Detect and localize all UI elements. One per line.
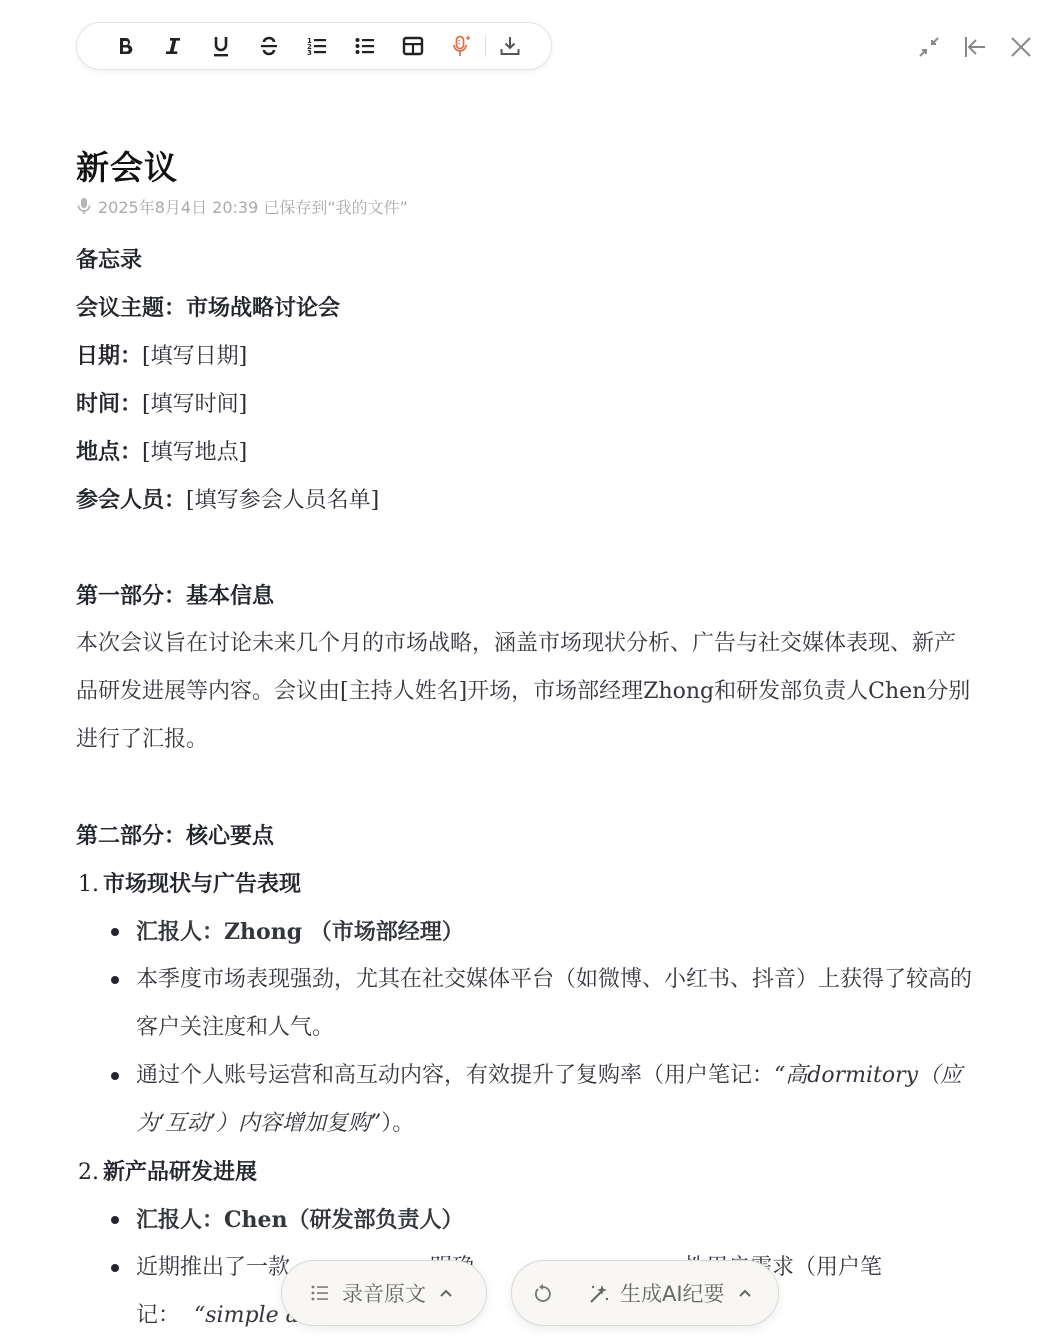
ai-summary-button[interactable]: 生成AI纪要 <box>511 1260 779 1326</box>
time-label: 时间： <box>76 391 142 417</box>
underline-icon <box>209 34 233 58</box>
transcript-button[interactable]: 录音原文 <box>281 1260 487 1326</box>
collapse-button[interactable] <box>913 32 945 62</box>
transcript-label: 录音原文 <box>342 1278 426 1308</box>
topic-line: 会议主题：市场战略讨论会 <box>76 284 976 332</box>
ordered-list-button[interactable]: 123 <box>293 28 341 64</box>
section2-heading: 第二部分：核心要点 <box>76 812 976 860</box>
item-title: 市场现状与广告表现 <box>103 871 301 897</box>
item-number: 2. <box>78 1160 99 1185</box>
chevron-up-icon <box>737 1285 753 1301</box>
ai-microphone-button[interactable] <box>437 28 485 64</box>
underline-button[interactable] <box>197 28 245 64</box>
memo-heading: 备忘录 <box>76 236 976 284</box>
ordered-list-icon: 123 <box>305 34 329 58</box>
date-label: 日期： <box>76 343 142 369</box>
download-button[interactable] <box>486 28 534 64</box>
document-meta: 2025年8月4日 20:39 已保存到“我的文件” <box>76 194 976 218</box>
download-icon <box>498 34 522 58</box>
collapse-left-icon <box>962 34 988 60</box>
section1-heading: 第一部分：基本信息 <box>76 572 976 620</box>
italic-button[interactable] <box>149 28 197 64</box>
collapse-left-button[interactable] <box>959 32 991 62</box>
location-value: [填写地点] <box>142 440 247 465</box>
list-item-text: 近期推出了一款 <box>136 1255 290 1280</box>
svg-text:3: 3 <box>307 49 312 57</box>
time-value: [填写时间] <box>142 392 247 417</box>
list-item: 汇报人：Zhong （市场部经理） <box>110 908 976 956</box>
save-status: 2025年8月4日 20:39 已保存到“我的文件” <box>98 195 408 218</box>
attendees-value: [填写参会人员名单] <box>186 488 379 513</box>
strikethrough-button[interactable] <box>245 28 293 64</box>
italic-icon <box>161 34 185 58</box>
section1-body: 本次会议旨在讨论未来几个月的市场战略，涵盖市场现状分析、广告与社交媒体表现、新产… <box>76 620 976 764</box>
microphone-icon <box>76 197 92 215</box>
attendees-line: 参会人员：[填写参会人员名单] <box>76 476 976 524</box>
list-item-end: ）。 <box>381 1111 414 1136</box>
ai-summary-label: 生成AI纪要 <box>620 1278 725 1308</box>
document-body[interactable]: 新会议 2025年8月4日 20:39 已保存到“我的文件” 备忘录 会议主题：… <box>76 140 976 1340</box>
ordered-item-2: 2.新产品研发进展 <box>76 1148 976 1196</box>
formatting-toolbar: 123 <box>76 22 552 70</box>
table-icon <box>401 34 425 58</box>
table-button[interactable] <box>389 28 437 64</box>
item-number: 1. <box>78 872 99 897</box>
bullet-list-icon <box>353 34 377 58</box>
bullet-list-button[interactable] <box>341 28 389 64</box>
attendees-label: 参会人员： <box>76 487 186 513</box>
list-item-line2: 记： <box>136 1303 180 1328</box>
location-line: 地点：[填写地点] <box>76 428 976 476</box>
bold-icon <box>113 34 137 58</box>
date-value: [填写日期] <box>142 344 247 369</box>
list-item-text: 通过个人账号运营和高互动内容，有效提升了复购率（用户笔记： <box>136 1063 774 1088</box>
date-line: 日期：[填写日期] <box>76 332 976 380</box>
topic-value: 市场战略讨论会 <box>186 295 340 321</box>
time-line: 时间：[填写时间] <box>76 380 976 428</box>
close-icon <box>1008 34 1034 60</box>
list-item: 汇报人：Chen（研发部负责人） <box>110 1196 976 1244</box>
list-item: 本季度市场表现强劲，尤其在社交媒体平台（如微博、小红书、抖音）上获得了较高的客户… <box>110 956 976 1052</box>
magic-wand-icon <box>588 1282 610 1304</box>
list-item: 通过个人账号运营和高互动内容，有效提升了复购率（用户笔记：“高dormitory… <box>110 1052 976 1148</box>
topic-label: 会议主题： <box>76 295 186 321</box>
mic-sparkle-icon <box>449 34 473 58</box>
location-label: 地点： <box>76 439 142 465</box>
collapse-icon <box>916 34 942 60</box>
strikethrough-icon <box>257 34 281 58</box>
item-title: 新产品研发进展 <box>103 1159 257 1185</box>
window-controls <box>913 32 1037 62</box>
bullet-list-1: 汇报人：Zhong （市场部经理） 本季度市场表现强劲，尤其在社交媒体平台（如微… <box>110 908 976 1148</box>
chevron-up-icon <box>438 1285 454 1301</box>
regenerate-icon[interactable] <box>532 1282 554 1304</box>
close-button[interactable] <box>1005 32 1037 62</box>
bold-button[interactable] <box>101 28 149 64</box>
ordered-item-1: 1.市场现状与广告表现 <box>76 860 976 908</box>
list-icon <box>310 1283 330 1303</box>
page-title[interactable]: 新会议 <box>76 140 976 196</box>
